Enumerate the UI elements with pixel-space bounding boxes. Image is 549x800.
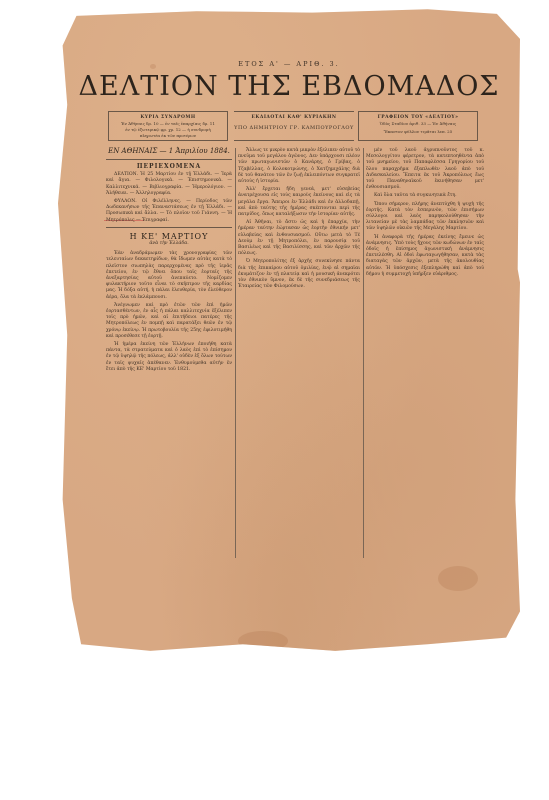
contents-heading: ΠΕΡΙΕΧΟΜΕΝΑ [106, 164, 232, 170]
column-rule [235, 148, 236, 558]
newspaper-title: ΔΕΛΤΙΟΝ ΤΗΣ ΕΒΔΟΜΑΔΟΣ [58, 71, 520, 102]
paragraph: Ἀλλ' ἔρχεται ἤδη γενεά, μετ' εὐσεβείας ἀ… [238, 187, 360, 218]
paragraph: Καὶ ὅλα ταῦτα τὰ συγκινητικὰ ἔτη. [366, 193, 484, 199]
dateline: ΕΝ ΑΘΗΝΑΙΣ — 1 Ἀπριλίου 1884. [106, 147, 232, 155]
paragraph: Ἐὰν ἀναδράμωμεν τὰς χρονογραφίας τῶν τελ… [106, 251, 232, 301]
paragraph: μὲν τοῦ λαοῦ ἀγρυπνοῦντος τοῦ κ. Μεσολογ… [366, 148, 484, 191]
paragraph: Ἄλλως τε μικρὸν κατὰ μικρὸν ἐξελιπεν αὐτ… [238, 148, 360, 185]
publisher-heading: ΕΚΔΙΔΟΤΑΙ ΚΑΘ' ΚΥΡΙΑΚΗΝ [234, 115, 354, 121]
column-2: Ἄλλως τε μικρὸν κατὰ μικρὸν ἐξελιπεν αὐτ… [238, 148, 360, 292]
volume-issue: ΕΤΟΣ Α' — ΑΡΙΘ. 3. [58, 60, 520, 68]
column-3: μὲν τοῦ λαοῦ ἀγρυπνοῦντος τοῦ κ. Μεσολογ… [366, 148, 484, 280]
newspaper-page: ΕΤΟΣ Α' — ΑΡΙΘ. 3. ΔΕΛΤΙΟΝ ΤΗΣ ΕΒΔΟΜΑΔΟΣ… [58, 6, 520, 664]
paragraph: Ἀνέγνωμεν καὶ πρὸ ἐτῶν τῶν ἐπὶ ἡμῶν ἑορτ… [106, 303, 232, 340]
office-line: Ὁδὸς Σταδίου ἀριθ. 33 — Ἐν Ἀθήναις [359, 121, 477, 127]
paragraph: Ὅπου σήμερον, πλήρης ἀνεπτύχθη ἡ ψυχὴ τῆ… [366, 202, 484, 233]
subscription-box: ΚΥΡΙΑ ΣΥΝΔΡΟΜΗ Ἐν Ἀθήναις δρ. 10 — ἐν τα… [108, 111, 228, 141]
paper-stain [438, 566, 478, 591]
divider [106, 159, 232, 160]
office-box: ΓΡΑΦΕΙΟΝ ΤΟΥ «ΔΕΛΤΙΟΥ» Ὁδὸς Σταδίου ἀριθ… [358, 111, 478, 141]
paragraph: Ἡ ἡμέρα ἐκείνη τῶν Ἑλλήνων ἐποιήθη κατὰ … [106, 342, 232, 373]
paragraph: Ἡ ἀναφορὰ τῆς ἡμέρας ἐκείνης ἔμεινε ὡς ἀ… [366, 235, 484, 278]
article-subtitle: ἀνὰ τὴν Ἑλλάδα. [106, 241, 232, 247]
divider [106, 227, 232, 228]
contents-text: ΔΕΛΤΙΟΝ. Ἡ 25 Μαρτίου ἐν τῇ Ἑλλάδι. — Ἱε… [106, 172, 232, 197]
publisher-line: ΥΠΟ ΔΗΜΗΤΡΙΟΥ ΓΡ. ΚΑΜΠΟΥΡΟΓΛΟΥ [234, 125, 354, 131]
column-rule [363, 148, 364, 558]
office-line: Ἕκαστον φύλλον τιμᾶται λεπ. 25 [359, 129, 477, 135]
column-1: ΠΕΡΙΕΧΟΜΕΝΑ ΔΕΛΤΙΟΝ. Ἡ 25 Μαρτίου ἐν τῇ … [106, 156, 232, 375]
publisher-box: ΕΚΔΙΔΟΤΑΙ ΚΑΘ' ΚΥΡΙΑΚΗΝ ΥΠΟ ΔΗΜΗΤΡΙΟΥ ΓΡ… [234, 111, 354, 141]
paper-stain [238, 631, 288, 651]
paragraph: Ὁ Μητροπολίτης ἐξ ἀρχῆς συνεκίνησε πάντα… [238, 259, 360, 290]
contents-text: ΦΥΛΛΟΝ. Οἱ Φιλέλληνες. — Περίοδος τῶν Δω… [106, 199, 232, 224]
article-title: Η ΚΕ' ΜΑΡΤΙΟΥ [106, 234, 232, 240]
paragraph: Αἱ Ἀθῆναι, τὸ ἄστυ ὡς καὶ ἡ ἐπαρχία, τὴν… [238, 220, 360, 257]
subscription-line: πληρωτέα ἐκ τῶν προτέρων [109, 133, 227, 139]
